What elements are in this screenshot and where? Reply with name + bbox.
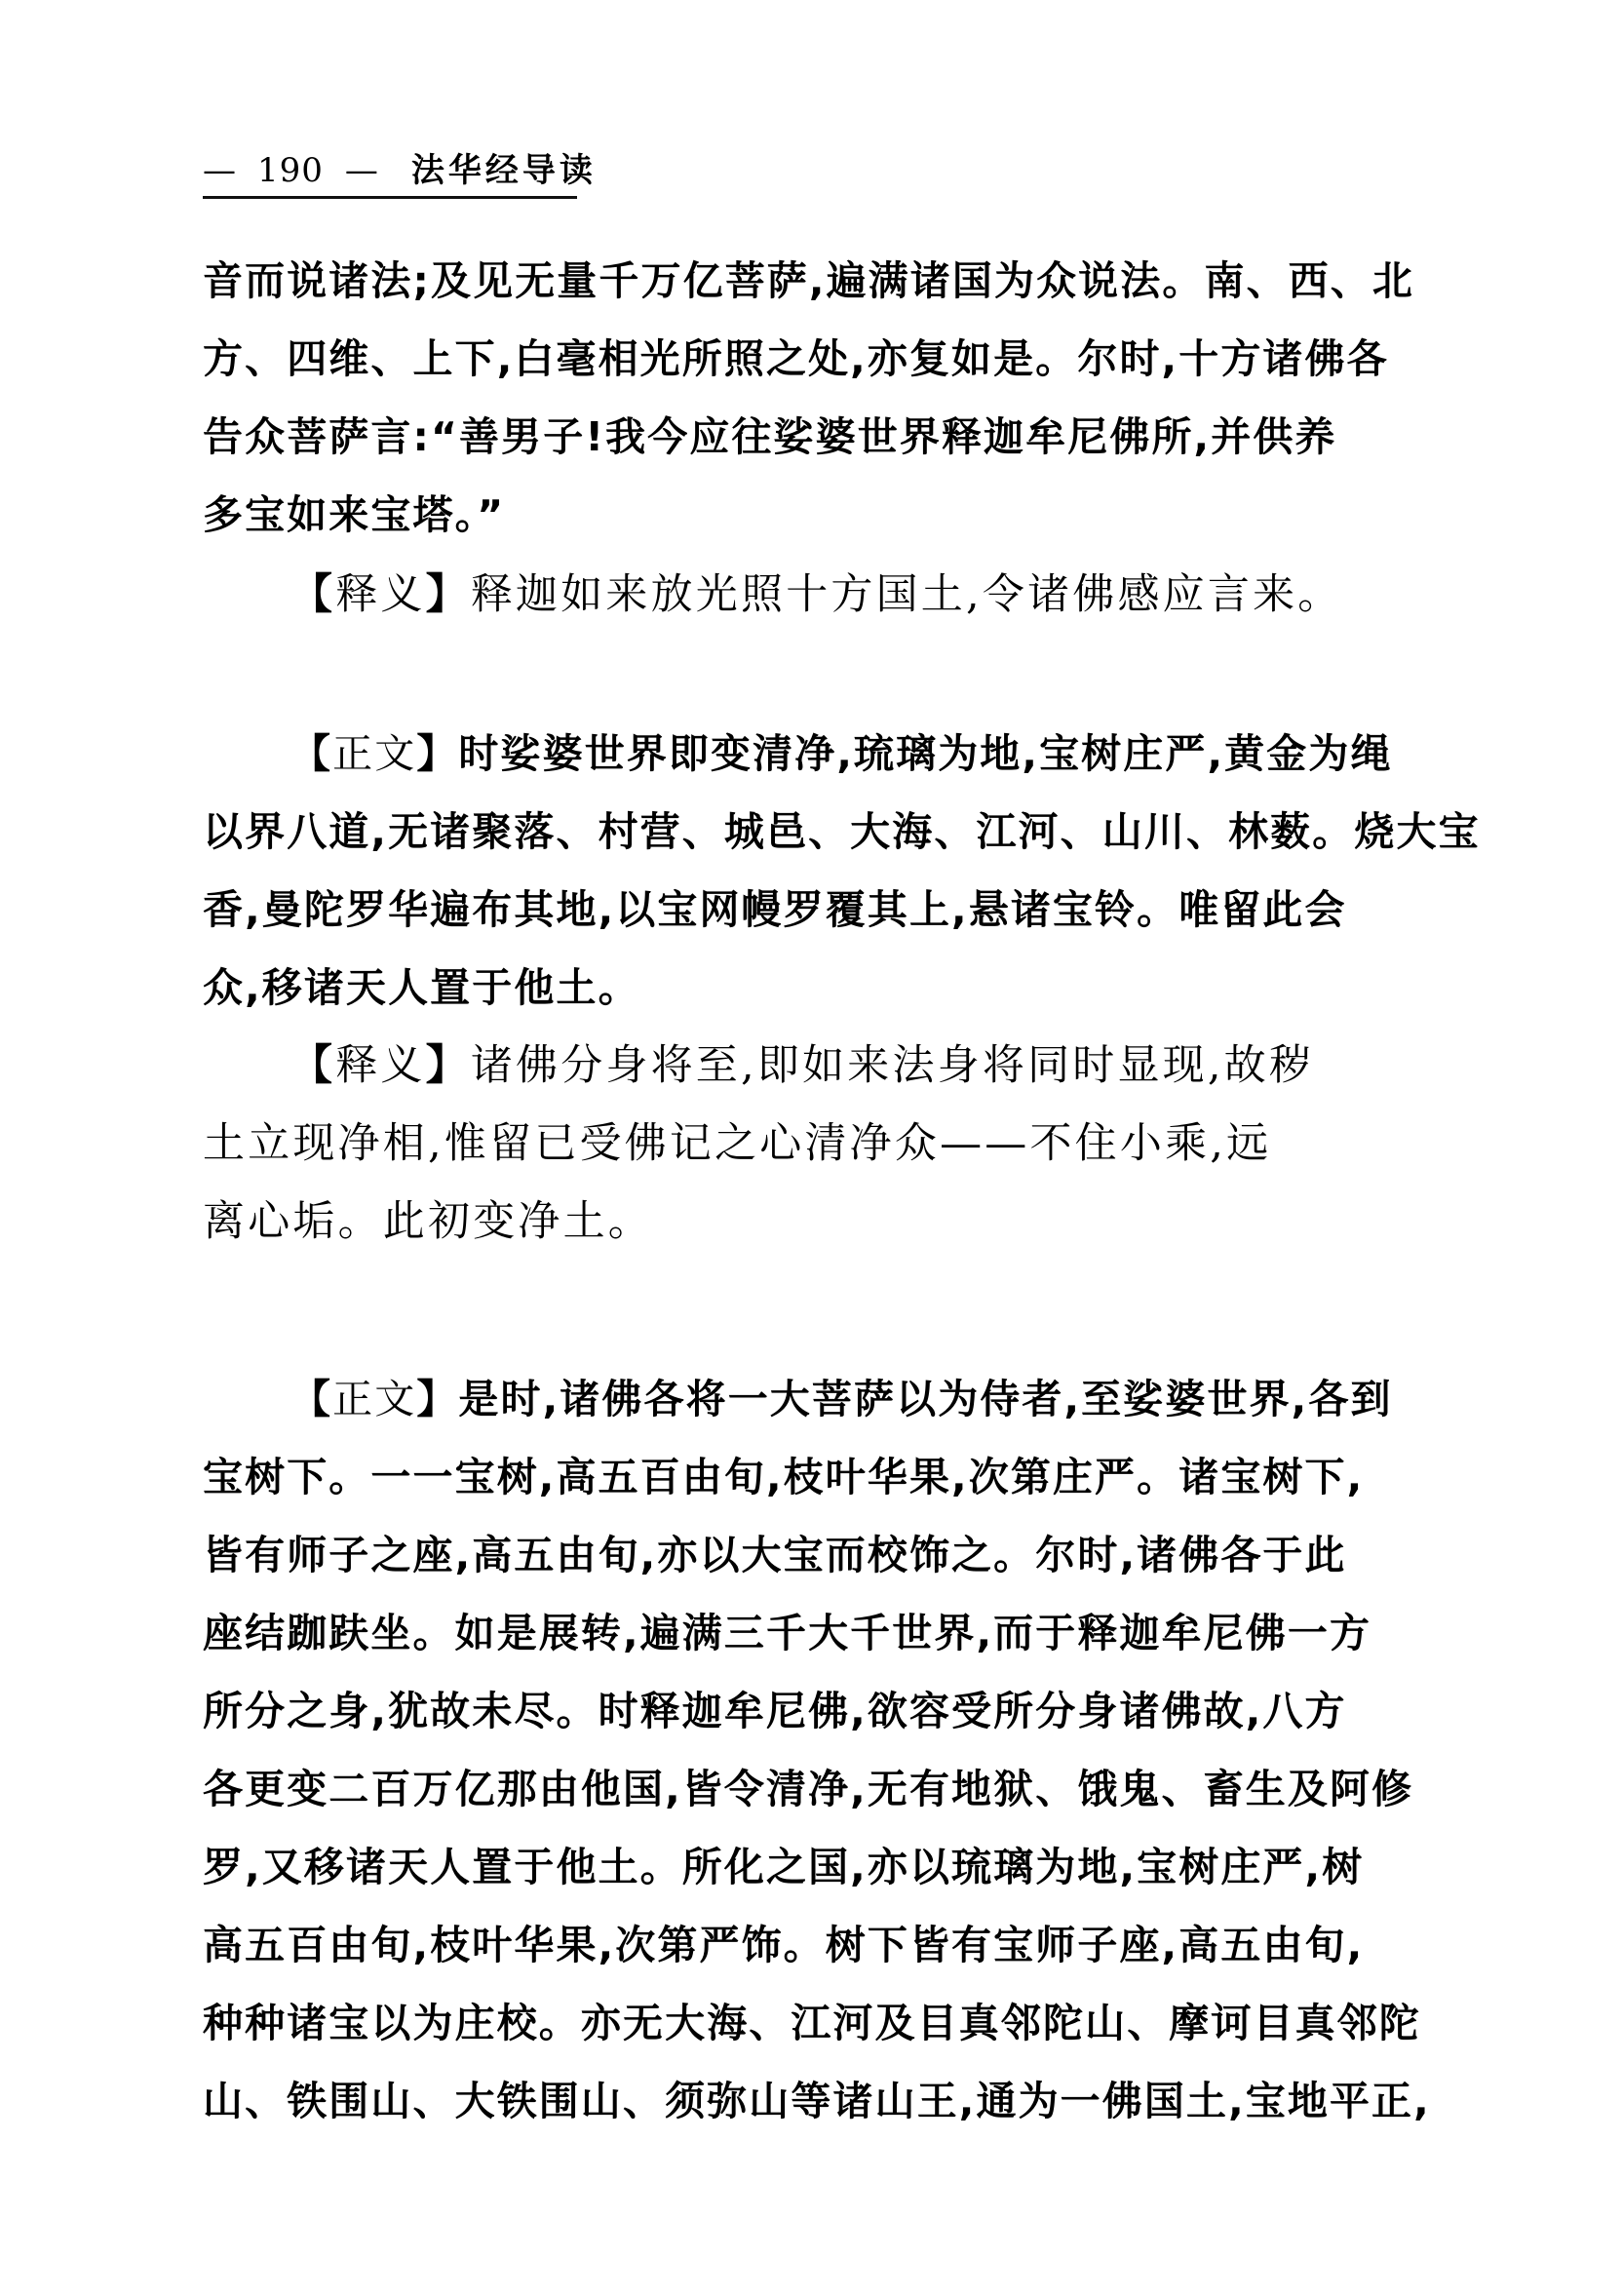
commentary-line: 离心垢。此初变净土。 — [203, 1192, 1408, 1251]
text-line: 宝树下。一一宝树,高五百由旬,枝叶华果,次第庄严。诸宝树下, — [203, 1448, 1408, 1506]
text-line: 音而说诸法;及见无量千万亿菩萨,遍满诸国为众说法。南、西、北 — [203, 252, 1408, 310]
text-line: 罗,又移诸天人置于他土。所化之国,亦以琉璃为地,宝树庄严,树 — [203, 1838, 1408, 1896]
text-line: 方、四维、上下,白毫相光所照之处,亦复如是。尔时,十方诸佛各 — [203, 330, 1408, 388]
bracket-close: 】 — [416, 1376, 458, 1422]
commentary-text: 释迦如来放光照十方国土,令诸佛感应言来。 — [471, 570, 1343, 619]
commentary-line: 【释义】释迦如来放光照十方国土,令诸佛感应言来。 — [203, 565, 1495, 624]
bracket-open: 【 — [290, 730, 332, 777]
section-label-shiyi: 释义 — [335, 570, 425, 619]
bracket-open: 【 — [290, 1376, 332, 1422]
text-line: 各更变二百万亿那由他国,皆令清净,无有地狱、饿鬼、畜生及阿修 — [203, 1760, 1408, 1818]
section-label-shiyi: 释义 — [335, 1041, 425, 1090]
book-page: —190—法华经导读 音而说诸法;及见无量千万亿菩萨,遍满诸国为众说法。南、西、… — [0, 0, 1622, 2296]
book-title: 法华经导读 — [411, 146, 597, 195]
text-line: 皆有师子之座,高五由旬,亦以大宝而校饰之。尔时,诸佛各于此 — [203, 1526, 1408, 1584]
header-rule — [203, 196, 577, 199]
text-line: 告众菩萨言:“善男子!我今应往娑婆世界释迦牟尼佛所,并供养 — [203, 408, 1408, 466]
bracket-close: 】 — [416, 730, 458, 777]
main-text: 是时,诸佛各将一大菩萨以为侍者,至娑婆世界,各到 — [458, 1376, 1392, 1422]
commentary-line: 【释义】诸佛分身将至,即如来法身将同时显现,故秽 — [203, 1036, 1495, 1095]
text-line: 【正文】是时,诸佛各将一大菩萨以为侍者,至娑婆世界,各到 — [203, 1370, 1495, 1428]
section-label-zhengwen: 正文 — [332, 730, 416, 777]
section-label-zhengwen: 正文 — [332, 1376, 416, 1422]
bracket-close: 】 — [426, 1041, 471, 1090]
text-line: 众,移诸天人置于他土。 — [203, 958, 1408, 1017]
commentary-line: 土立现净相,惟留已受佛记之心清净众——不住小乘,远 — [203, 1114, 1408, 1173]
header-dash-right: — — [345, 146, 378, 195]
bracket-close: 】 — [426, 570, 471, 619]
text-line: 【正文】时娑婆世界即变清净,琉璃为地,宝树庄严,黄金为绳 — [203, 724, 1495, 783]
bracket-open: 【 — [290, 570, 335, 619]
commentary-text: 诸佛分身将至,即如来法身将同时显现,故秽 — [471, 1041, 1314, 1090]
text-line: 以界八道,无诸聚落、村营、城邑、大海、江河、山川、林薮。烧大宝 — [203, 802, 1408, 861]
text-line: 山、铁围山、大铁围山、须弥山等诸山王,通为一佛国土,宝地平正, — [203, 2072, 1408, 2130]
text-line: 座结跏趺坐。如是展转,遍满三千大千世界,而于释迦牟尼佛一方 — [203, 1604, 1408, 1662]
bracket-open: 【 — [290, 1041, 335, 1090]
text-line: 种种诸宝以为庄校。亦无大海、江河及目真邻陀山、摩诃目真邻陀 — [203, 1994, 1408, 2052]
text-line: 所分之身,犹故未尽。时释迦牟尼佛,欲容受所分身诸佛故,八方 — [203, 1682, 1408, 1740]
main-text: 时娑婆世界即变清净,琉璃为地,宝树庄严,黄金为绳 — [458, 730, 1392, 777]
text-line: 高五百由旬,枝叶华果,次第严饰。树下皆有宝师子座,高五由旬, — [203, 1916, 1408, 1974]
header-dash-left: — — [203, 146, 236, 195]
running-header: —190—法华经导读 — [203, 146, 597, 195]
page-number: 190 — [257, 146, 324, 195]
text-line: 香,曼陀罗华遍布其地,以宝网幔罗覆其上,悬诸宝铃。唯留此会 — [203, 880, 1408, 939]
text-line: 多宝如来宝塔。” — [203, 486, 1408, 544]
